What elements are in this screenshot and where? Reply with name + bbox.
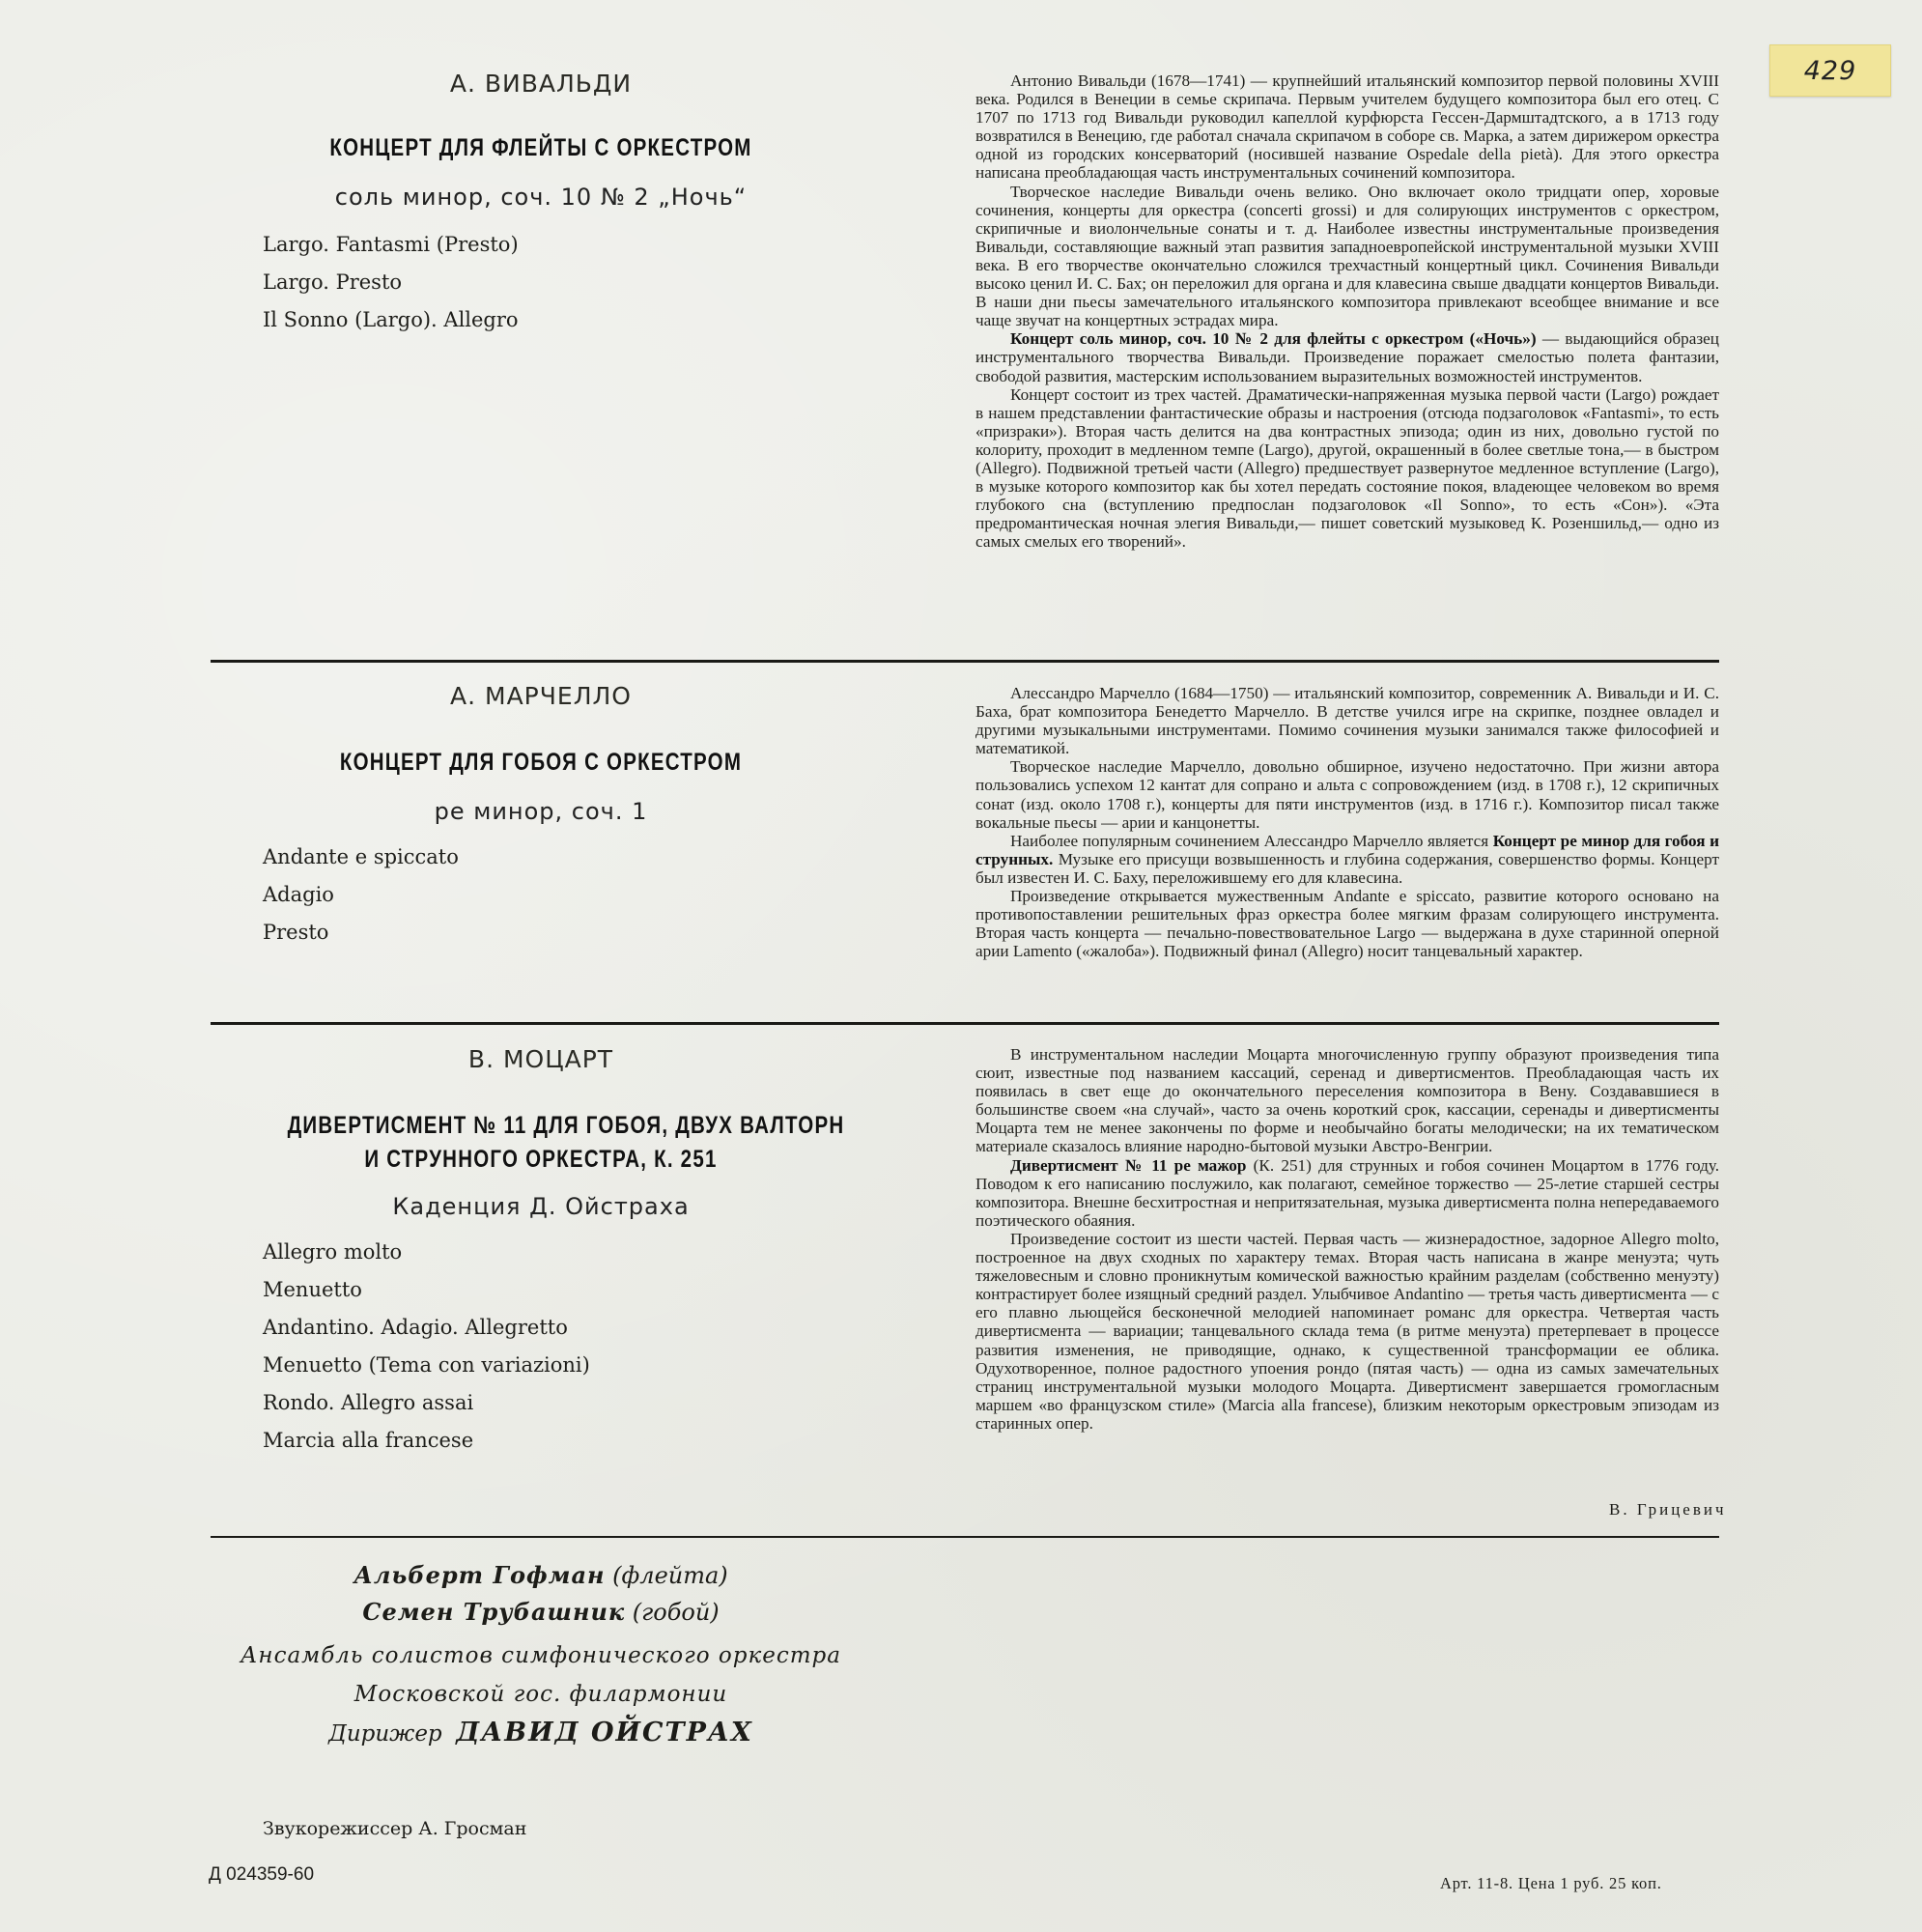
note-bold-lead: Концерт соль минор, соч. 10 № 2 для флей… (1010, 329, 1537, 348)
performer-name: Семен Трубашник (362, 1598, 625, 1626)
ensemble-line: Московской гос. филармонии (232, 1675, 850, 1714)
note-text: Музыке его присущи возвышенность и глуби… (975, 850, 1719, 887)
note-paragraph: Концерт соль минор, соч. 10 № 2 для флей… (975, 329, 1719, 384)
note-paragraph: Творческое наследие Марчелло, довольно о… (975, 757, 1719, 831)
note-paragraph: Антонио Вивальди (1678—1741) — крупнейши… (975, 71, 1719, 183)
note-paragraph: Творческое наследие Вивальди очень велик… (975, 183, 1719, 330)
note-paragraph: Произведение открывается мужественным An… (975, 887, 1719, 960)
inventory-number: 429 (1804, 56, 1857, 86)
marcello-notes: Алессандро Марчелло (1684—1750) — италья… (975, 684, 1719, 960)
movement-item: Largo. Presto (263, 264, 850, 301)
movement-list: Allegro molto Menuetto Andantino. Adagio… (232, 1234, 850, 1460)
composer-name: А. ВИВАЛЬДИ (232, 70, 850, 98)
movement-list: Andante e spiccato Adagio Presto (232, 838, 850, 952)
work-title-line-2: И СТРУННОГО ОРКЕСТРА, К. 251 (288, 1146, 795, 1174)
performer-name: Альберт Гофман (353, 1561, 605, 1589)
section-divider (211, 1022, 1719, 1025)
mozart-notes: В инструментальном наследии Моцарта мног… (975, 1045, 1719, 1433)
price-label: Арт. 11-8. Цена 1 руб. 25 коп. (1440, 1874, 1662, 1893)
movement-item: Il Sonno (Largo). Allegro (263, 301, 850, 339)
conductor-name: ДАВИД ОЙСТРАХ (456, 1718, 753, 1747)
vivaldi-program: А. ВИВАЛЬДИ КОНЦЕРТ ДЛЯ ФЛЕЙТЫ С ОРКЕСТР… (232, 70, 850, 339)
note-bold-lead: Дивертисмент № 11 ре мажор (1010, 1156, 1246, 1175)
movement-item: Largo. Fantasmi (Presto) (263, 226, 850, 264)
sound-engineer: Звукорежиссер А. Гросман (263, 1818, 526, 1839)
movement-list: Largo. Fantasmi (Presto) Largo. Presto I… (232, 226, 850, 339)
movement-item: Menuetto (Tema con variazioni) (263, 1347, 850, 1384)
annotator-signature: В. Грицевич (1609, 1500, 1922, 1520)
vivaldi-notes: Антонио Вивальди (1678—1741) — крупнейши… (975, 71, 1719, 551)
note-paragraph: Алессандро Марчелло (1684—1750) — италья… (975, 684, 1719, 757)
note-paragraph: В инструментальном наследии Моцарта мног… (975, 1045, 1719, 1156)
performer-line: Альберт Гофман (флейта) (232, 1557, 850, 1594)
performer-role: (флейта) (612, 1562, 728, 1589)
note-text: Наиболее популярным сочинением Алессандр… (1010, 832, 1493, 850)
inventory-sticker: 429 (1769, 44, 1891, 97)
composer-name: А. МАРЧЕЛЛО (232, 682, 850, 710)
note-paragraph: Концерт состоит из трех частей. Драматич… (975, 385, 1719, 552)
work-subtitle: соль минор, соч. 10 № 2 „Ночь“ (232, 184, 850, 211)
mozart-program: В. МОЦАРТ ДИВЕРТИСМЕНТ № 11 ДЛЯ ГОБОЯ, Д… (232, 1045, 850, 1460)
composer-name: В. МОЦАРТ (232, 1045, 850, 1073)
movement-item: Adagio (263, 876, 850, 914)
work-subtitle: Каденция Д. Ойстраха (232, 1193, 850, 1220)
movement-item: Andantino. Adagio. Allegretto (263, 1309, 850, 1347)
conductor-line: Дирижер ДАВИД ОЙСТРАХ (232, 1714, 850, 1753)
catalog-number: Д 024359-60 (209, 1864, 314, 1886)
work-title: КОНЦЕРТ ДЛЯ ФЛЕЙТЫ С ОРКЕСТРОМ (288, 134, 795, 162)
performer-line: Семен Трубашник (гобой) (232, 1594, 850, 1631)
work-title: ДИВЕРТИСМЕНТ № 11 ДЛЯ ГОБОЯ, ДВУХ ВАЛТОР… (288, 1112, 795, 1140)
note-paragraph: Произведение состоит из шести частей. Пе… (975, 1230, 1719, 1433)
credits-divider (211, 1536, 1719, 1538)
movement-item: Rondo. Allegro assai (263, 1384, 850, 1422)
performer-credits: Альберт Гофман (флейта) Семен Трубашник … (232, 1557, 850, 1753)
movement-item: Andante e spiccato (263, 838, 850, 876)
movement-item: Menuetto (263, 1271, 850, 1309)
work-subtitle: ре минор, соч. 1 (232, 798, 850, 825)
movement-item: Marcia alla francese (263, 1422, 850, 1460)
work-title: КОНЦЕРТ ДЛЯ ГОБОЯ С ОРКЕСТРОМ (288, 749, 795, 777)
note-paragraph: Наиболее популярным сочинением Алессандр… (975, 832, 1719, 887)
marcello-program: А. МАРЧЕЛЛО КОНЦЕРТ ДЛЯ ГОБОЯ С ОРКЕСТРО… (232, 682, 850, 952)
ensemble-line: Ансамбль солистов симфонического оркестр… (232, 1636, 850, 1675)
note-paragraph: Дивертисмент № 11 ре мажор (К. 251) для … (975, 1156, 1719, 1230)
conductor-label: Дирижер (328, 1721, 442, 1747)
movement-item: Presto (263, 914, 850, 952)
performer-role: (гобой) (633, 1599, 720, 1626)
section-divider (211, 660, 1719, 663)
record-sleeve-back: 429 А. ВИВАЛЬДИ КОНЦЕРТ ДЛЯ ФЛЕЙТЫ С ОРК… (0, 0, 1922, 1932)
movement-item: Allegro molto (263, 1234, 850, 1271)
